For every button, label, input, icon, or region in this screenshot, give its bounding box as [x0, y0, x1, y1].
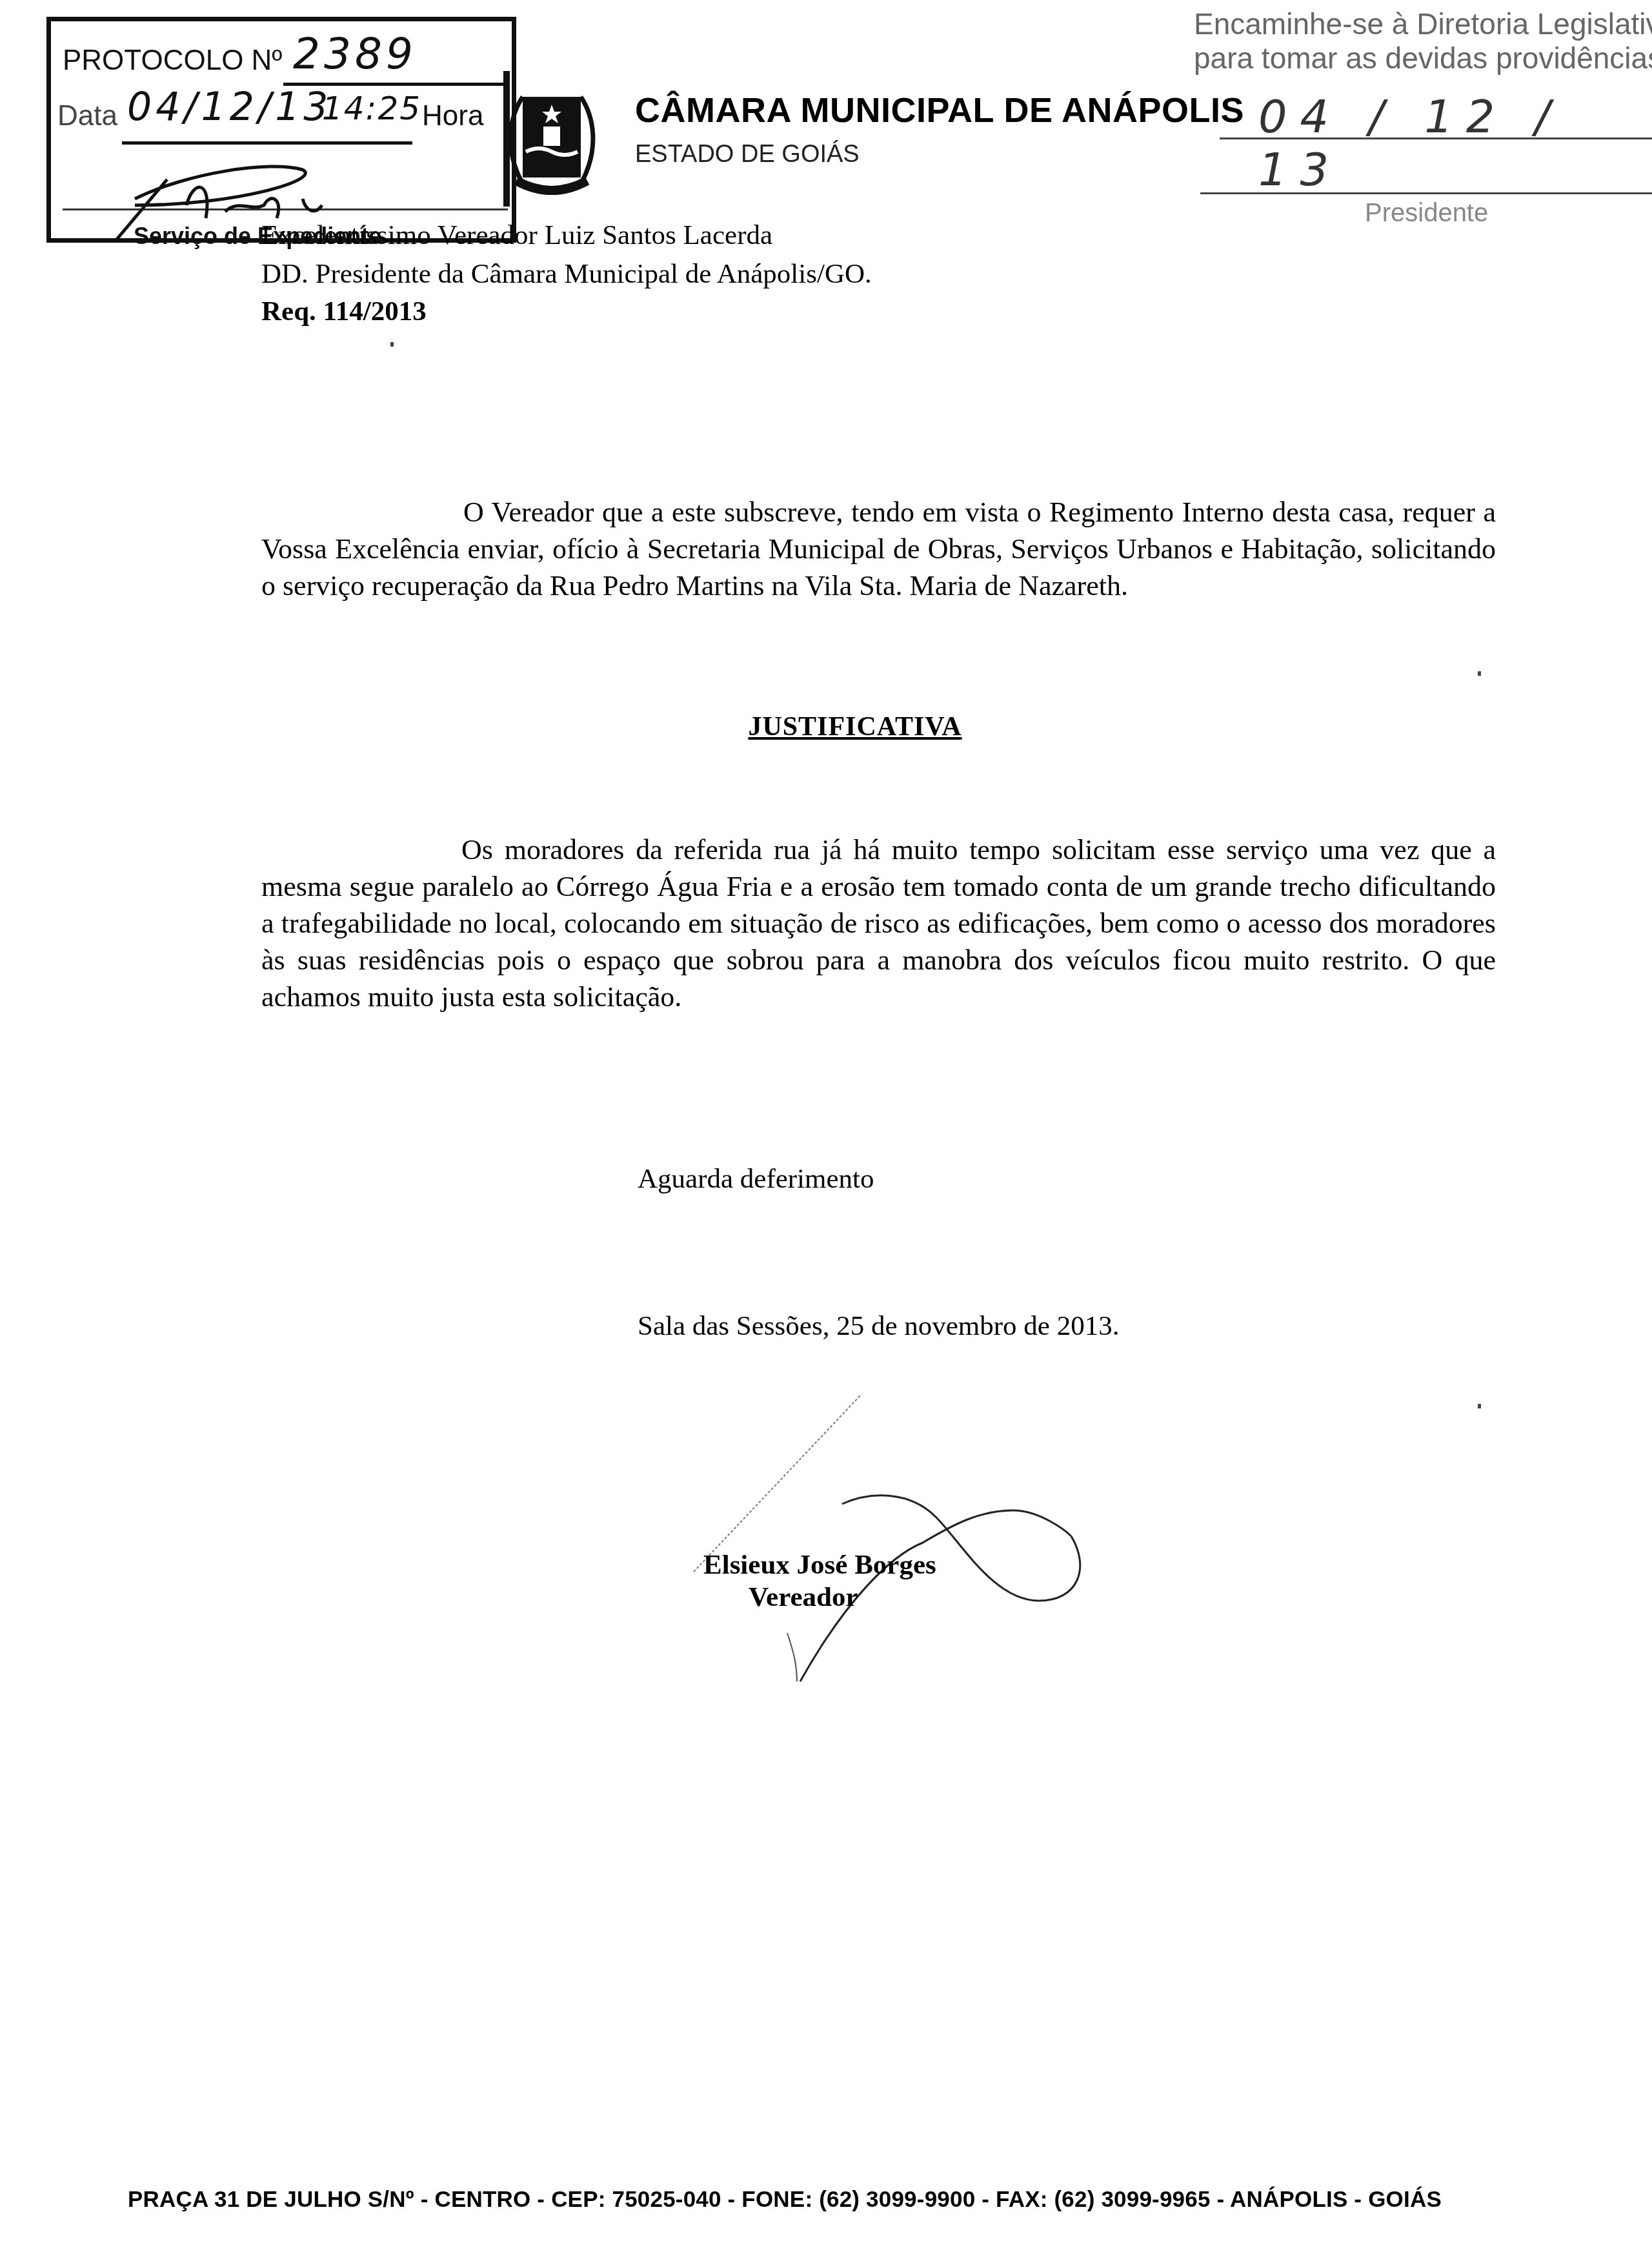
- footer-address: PRAÇA 31 DE JULHO S/Nº - CENTRO - CEP: 7…: [128, 2187, 1442, 2213]
- date-value: 04/12/13: [127, 85, 332, 130]
- time-value: 14:25: [322, 90, 421, 127]
- dispatch-note: Encaminhe-se à Diretoria Legislativa par…: [1187, 5, 1652, 238]
- date-label: Data: [57, 100, 117, 132]
- date-underline: [122, 141, 412, 145]
- time-label: Hora: [422, 100, 483, 132]
- dispatch-date-line: [1220, 137, 1652, 139]
- addressee-name: Excelentíssimo Vereador Luiz Santos Lace…: [261, 219, 772, 251]
- justification-heading: JUSTIFICATIVA: [645, 711, 1065, 742]
- justification-paragraph: Os moradores da referida rua já há muito…: [261, 831, 1496, 1015]
- scan-mark: [1478, 671, 1481, 676]
- state-subtitle: ESTADO DE GOIÁS: [635, 141, 860, 168]
- protocol-number: 2389: [293, 29, 417, 79]
- dispatch-signature-line: [1200, 192, 1652, 194]
- councilor-name: Elsieux José Borges: [703, 1549, 936, 1581]
- protocol-label: PROTOCOLO Nº: [63, 45, 282, 77]
- councilor-role: Vereador: [749, 1581, 858, 1613]
- chamber-title: CÂMARA MUNICIPAL DE ANÁPOLIS: [635, 90, 1244, 130]
- addressee-title: DD. Presidente da Câmara Municipal de An…: [261, 258, 872, 290]
- scan-mark: [390, 342, 394, 347]
- president-label: Presidente: [1365, 199, 1488, 228]
- protocol-stamp: PROTOCOLO Nº 2389 Data 04/12/13 14:25 Ho…: [46, 17, 516, 243]
- request-reference: Req. 114/2013: [261, 296, 427, 327]
- place-date: Sala das Sessões, 25 de novembro de 2013…: [638, 1310, 1119, 1342]
- dispatch-date: 04 / 12 / 13: [1258, 90, 1652, 196]
- dispatch-line-2: para tomar as devidas providências: [1194, 41, 1652, 76]
- municipal-coat-of-arms-icon: [497, 71, 607, 207]
- request-paragraph: O Vereador que a este subscreve, tendo e…: [261, 494, 1496, 604]
- dispatch-line-1: Encaminhe-se à Diretoria Legislativa: [1194, 6, 1652, 41]
- scan-mark: [1478, 1404, 1481, 1408]
- closing-text: Aguarda deferimento: [638, 1163, 874, 1195]
